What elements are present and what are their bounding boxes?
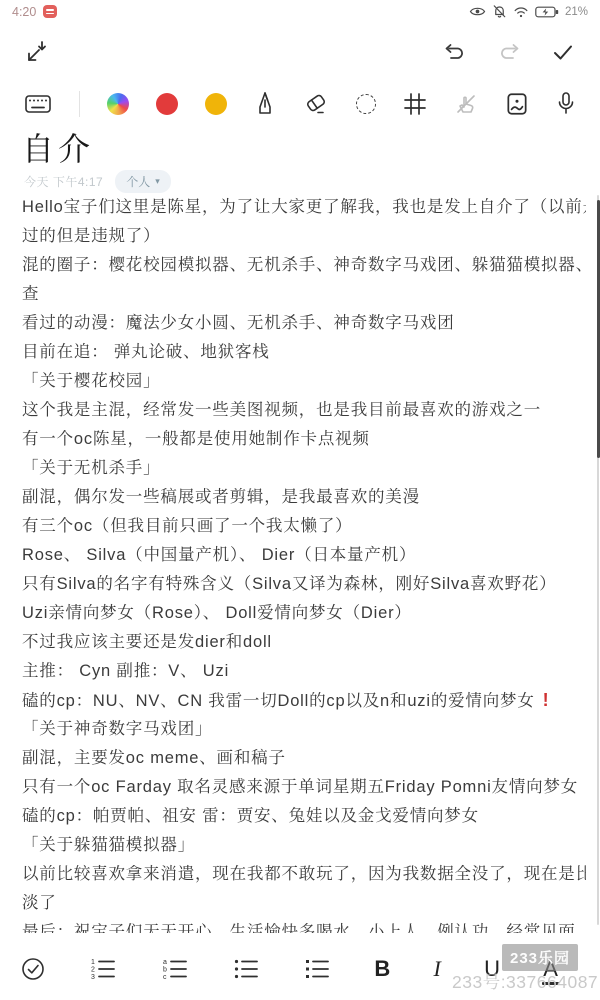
toolbar-divider xyxy=(79,91,80,117)
todo-check-icon[interactable] xyxy=(20,956,46,982)
note-line: 「关于神奇数字马戏团」 xyxy=(22,715,586,744)
note-line: 有三个oc（但我目前只画了一个我太懒了） xyxy=(22,512,586,541)
svg-text:1: 1 xyxy=(91,959,95,966)
clock-time: 4:20 xyxy=(12,5,36,19)
note-date: 今天 下午4:17 xyxy=(24,173,103,190)
yellow-color-swatch[interactable] xyxy=(205,93,227,115)
note-line: Rose、 Silva（中国量产机）、 Dier（日本量产机） xyxy=(22,541,586,570)
note-line: 查 xyxy=(22,280,586,309)
frame-grid-icon[interactable] xyxy=(403,92,427,116)
note-line: 淡了 xyxy=(22,889,586,918)
svg-text:b: b xyxy=(163,967,167,974)
status-bar: 4:20 xyxy=(0,0,600,23)
red-exclamation-mark: ! xyxy=(543,690,550,710)
notes-app-screen: 4:20 xyxy=(0,0,600,1000)
note-line: Hello宝子们这里是陈星，为了让大家更了解我，我也是发上自介了（以前是发 xyxy=(22,193,586,222)
note-line: 只有一个oc Farday 取名灵感来源于单词星期五Friday Pomni友情… xyxy=(22,773,586,802)
eye-comfort-icon xyxy=(469,4,486,19)
undo-icon[interactable] xyxy=(442,40,468,64)
note-line: 「关于无机杀手」 xyxy=(22,454,586,483)
italic-button[interactable]: I xyxy=(433,958,440,980)
microphone-icon[interactable] xyxy=(556,91,576,117)
keyboard-icon[interactable] xyxy=(24,92,52,116)
chevron-down-icon: ▾ xyxy=(155,176,160,187)
svg-text:2: 2 xyxy=(91,967,95,974)
insert-image-icon[interactable] xyxy=(505,91,529,117)
square-bullet-list-icon[interactable] xyxy=(303,956,331,982)
svg-text:a: a xyxy=(163,959,167,966)
note-line: 目前在追： 弹丸论破、地狱客栈 xyxy=(22,338,586,367)
note-line: 磕的cp：NU、NV、CN 我雷一切Doll的cp以及n和uzi的爱情向梦女! xyxy=(22,686,586,715)
watermark-badge: 233乐园 xyxy=(502,944,578,971)
pen-icon[interactable] xyxy=(254,91,276,117)
palm-rejection-off-icon[interactable] xyxy=(454,92,478,116)
note-toolbar xyxy=(0,28,600,76)
bold-button[interactable]: B xyxy=(374,958,390,980)
watermark-id: 233号:337664087 xyxy=(452,969,598,994)
note-line: 磕的cp：帕贾帕、祖安 雷：贾安、兔娃以及金戈爱情向梦女 xyxy=(22,802,586,831)
note-line: Uzi亲情向梦女（Rose）、 Doll爱情向梦女（Dier） xyxy=(22,599,586,628)
svg-text:c: c xyxy=(163,974,167,981)
battery-charging-icon xyxy=(535,5,559,19)
screen-record-badge-icon xyxy=(43,5,57,18)
note-title[interactable]: 自介 xyxy=(22,124,570,170)
note-line: 不过我应该主要还是发dier和doll xyxy=(22,628,586,657)
note-line: 只有Silva的名字有特殊含义（Silva又译为森林，刚好Silva喜欢野花） xyxy=(22,570,586,599)
note-line: 这个我是主混，经常发一些美图视频，也是我目前最喜欢的游戏之一 xyxy=(22,396,586,425)
mute-bell-icon xyxy=(492,4,507,19)
battery-percent: 21% xyxy=(565,6,588,18)
note-line: 过的但是违规了） xyxy=(22,222,586,251)
svg-text:3: 3 xyxy=(91,974,95,981)
lasso-select-icon[interactable] xyxy=(356,94,376,114)
note-line: 「关于躲猫猫模拟器」 xyxy=(22,831,586,860)
eraser-icon[interactable] xyxy=(303,92,329,116)
numbered-list-icon[interactable]: 1 2 3 xyxy=(89,956,117,982)
wifi-icon xyxy=(513,5,529,19)
lettered-list-icon[interactable]: a b c xyxy=(161,956,189,982)
red-color-swatch[interactable] xyxy=(156,93,178,115)
note-line: 主推： Cyn 副推：V、 Uzi xyxy=(22,657,586,686)
note-line-clipped: 最后：祝宝子们天天开心，生活愉快多喝水，小上人，例认功，经常见面 xyxy=(22,918,586,933)
category-badge[interactable]: 个人 ▾ xyxy=(115,170,171,193)
redo-icon[interactable] xyxy=(496,40,522,64)
note-line: 看过的动漫：魔法少女小圆、无机杀手、神奇数字马戏团 xyxy=(22,309,586,338)
note-meta: 今天 下午4:17 个人 ▾ xyxy=(24,170,171,193)
note-body[interactable]: Hello宝子们这里是陈星，为了让大家更了解我，我也是发上自介了（以前是发过的但… xyxy=(22,193,586,948)
note-line: 混的圈子：樱花校园模拟器、无机杀手、神奇数字马戏团、躲猫猫模拟器、加 xyxy=(22,251,586,280)
note-line: 有一个oc陈星，一般都是使用她制作卡点视频 xyxy=(22,425,586,454)
note-line: 副混，偶尔发一些稿展或者剪辑，是我最喜欢的美漫 xyxy=(22,483,586,512)
scrollbar-thumb[interactable] xyxy=(597,200,600,458)
bullet-list-icon[interactable] xyxy=(232,956,260,982)
note-line: 以前比较喜欢拿来消遣，现在我都不敢玩了，因为我数据全没了，现在是比较 xyxy=(22,860,586,889)
note-line: 副混，主要发oc meme、画和稿子 xyxy=(22,744,586,773)
format-toolbar xyxy=(0,82,600,126)
note-line: 「关于樱花校园」 xyxy=(22,367,586,396)
confirm-check-icon[interactable] xyxy=(550,40,576,64)
color-wheel-swatch[interactable] xyxy=(107,93,129,115)
collapse-icon[interactable] xyxy=(24,39,50,65)
